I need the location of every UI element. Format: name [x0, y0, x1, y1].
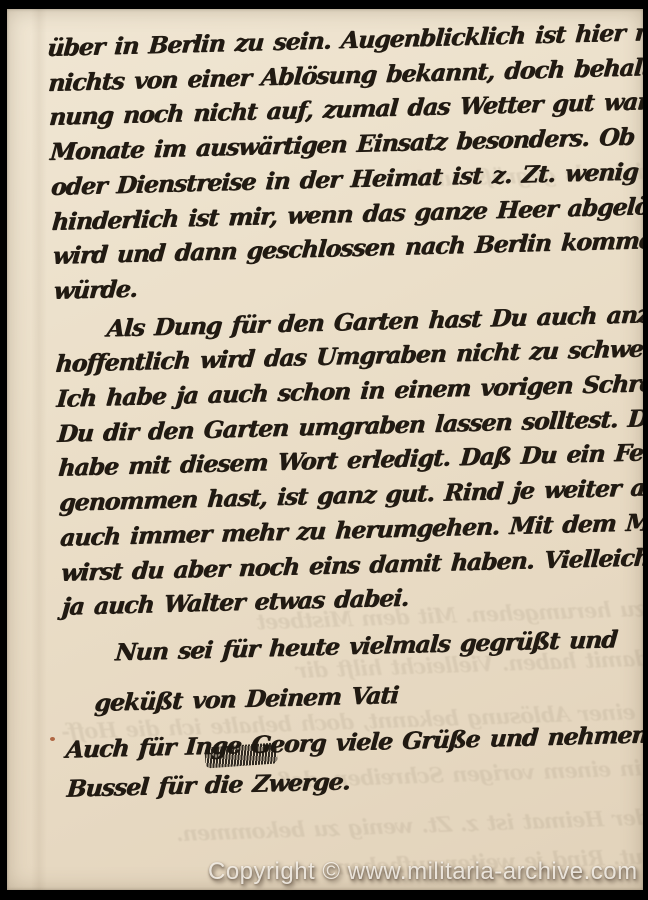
- scan-frame: Nun sei für heute vielmals gegrüßt und a…: [0, 0, 648, 900]
- handwritten-line: Nun sei für heute vielmals gegrüßt und: [62, 621, 643, 671]
- bleed-through-line: oder Dienstreise in der Heimat ist z. Zt…: [177, 797, 643, 846]
- handwriting-block: über in Berlin zu sein. Augenblicklich i…: [45, 15, 643, 806]
- crease-shadow: [31, 9, 47, 890]
- paper: Nun sei für heute vielmals gegrüßt und a…: [7, 9, 643, 890]
- handwritten-line: geküßt von Deinem Vati: [63, 671, 643, 721]
- watermark-text: Copyright © www.militaria-archive.com: [208, 858, 638, 886]
- ink-speck: [50, 737, 55, 741]
